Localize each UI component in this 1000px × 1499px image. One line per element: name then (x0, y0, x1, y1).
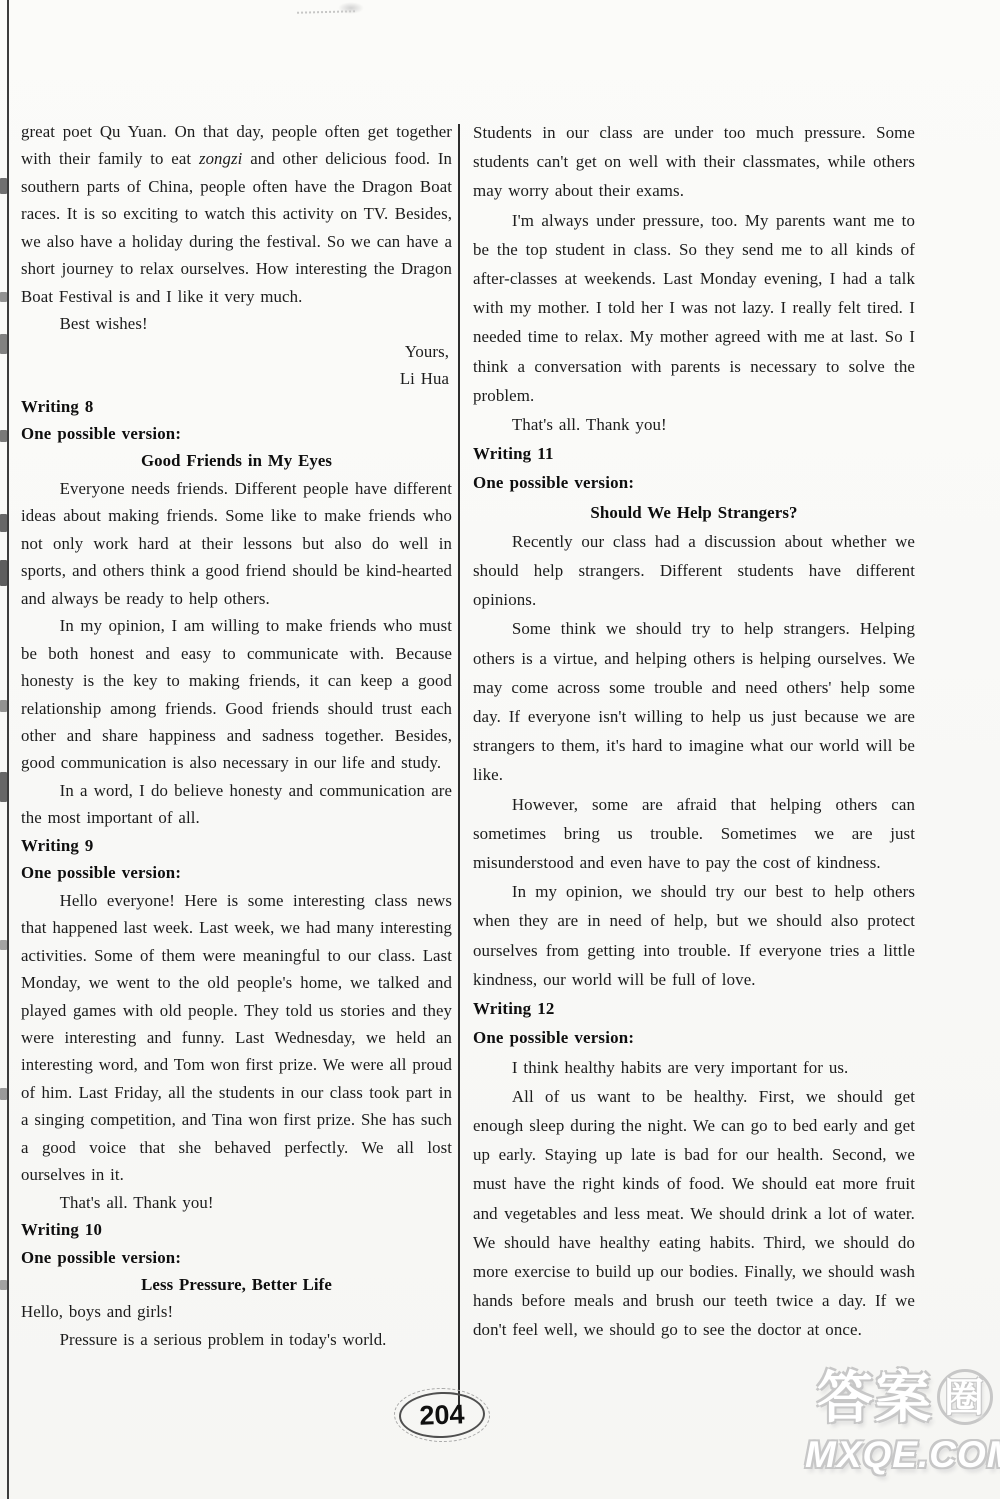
writing-heading-9: Writing 9 (21, 832, 452, 859)
essay-paragraph: I'm always under pressure, too. My paren… (473, 206, 915, 410)
italic-term: zongzi (199, 149, 243, 168)
essay-title: Should We Help Strangers? (473, 498, 915, 527)
writing-heading-10: Writing 10 (21, 1216, 452, 1243)
version-heading: One possible version: (473, 468, 915, 497)
essay-paragraph: In my opinion, I am willing to make frie… (21, 612, 452, 777)
version-heading: One possible version: (21, 1244, 452, 1271)
watermark-circled-char: 圈 (937, 1369, 993, 1425)
binding-mark (0, 700, 7, 712)
paragraph-text: and other delicious food. In southern pa… (21, 149, 452, 305)
version-heading: One possible version: (21, 859, 452, 886)
salutation-line: Hello, boys and girls! (21, 1298, 452, 1325)
page-edge-rule (7, 0, 9, 1499)
closing-line: Best wishes! (21, 310, 452, 337)
writing-heading-12: Writing 12 (473, 994, 915, 1023)
watermark-brand-text: 答案 (817, 1366, 933, 1429)
binding-mark (0, 560, 7, 586)
binding-mark (0, 334, 7, 354)
writing-heading-8: Writing 8 (21, 393, 452, 420)
essay-paragraph: Everyone needs friends. Different people… (21, 475, 452, 612)
scan-artifact (338, 2, 364, 14)
essay-paragraph: Some think we should try to help strange… (473, 614, 915, 789)
binding-mark (0, 430, 7, 442)
essay-title: Less Pressure, Better Life (21, 1271, 452, 1298)
binding-mark (0, 292, 7, 302)
essay-paragraph: Hello everyone! Here is some interesting… (21, 887, 452, 1189)
essay-paragraph: All of us want to be healthy. First, we … (473, 1082, 915, 1345)
essay-paragraph: I think healthy habits are very importan… (473, 1053, 915, 1082)
left-column: great poet Qu Yuan. On that day, people … (21, 118, 452, 1353)
binding-mark (0, 1088, 7, 1100)
essay-paragraph: Pressure is a serious problem in today's… (21, 1326, 452, 1353)
page-number: 204 (398, 1391, 486, 1440)
version-heading: One possible version: (473, 1023, 915, 1052)
essay-paragraph: In my opinion, we should try our best to… (473, 877, 915, 994)
binding-mark (0, 940, 7, 950)
essay-title: Good Friends in My Eyes (21, 447, 452, 474)
right-column: Students in our class are under too much… (473, 118, 915, 1345)
closing-line: That's all. Thank you! (473, 410, 915, 439)
essay-paragraph: Students in our class are under too much… (473, 118, 915, 206)
essay-paragraph: In a word, I do believe honesty and comm… (21, 777, 452, 832)
watermark-brand: 答案圈 (805, 1368, 1000, 1428)
signature-name: Li Hua (21, 365, 452, 392)
essay-paragraph: However, some are afraid that helping ot… (473, 790, 915, 878)
signature-yours: Yours, (21, 338, 452, 365)
binding-mark (0, 514, 7, 532)
binding-mark (0, 1280, 7, 1290)
column-divider (458, 124, 460, 1410)
closing-line: That's all. Thank you! (21, 1189, 452, 1216)
writing-heading-11: Writing 11 (473, 439, 915, 468)
essay-paragraph: great poet Qu Yuan. On that day, people … (21, 118, 452, 310)
version-heading: One possible version: (21, 420, 452, 447)
binding-mark (0, 178, 7, 194)
binding-mark (0, 772, 7, 802)
watermark: 答案圈 MXQE.COM (805, 1368, 1000, 1476)
watermark-site: MXQE.COM (805, 1434, 1000, 1476)
essay-paragraph: Recently our class had a discussion abou… (473, 527, 915, 615)
